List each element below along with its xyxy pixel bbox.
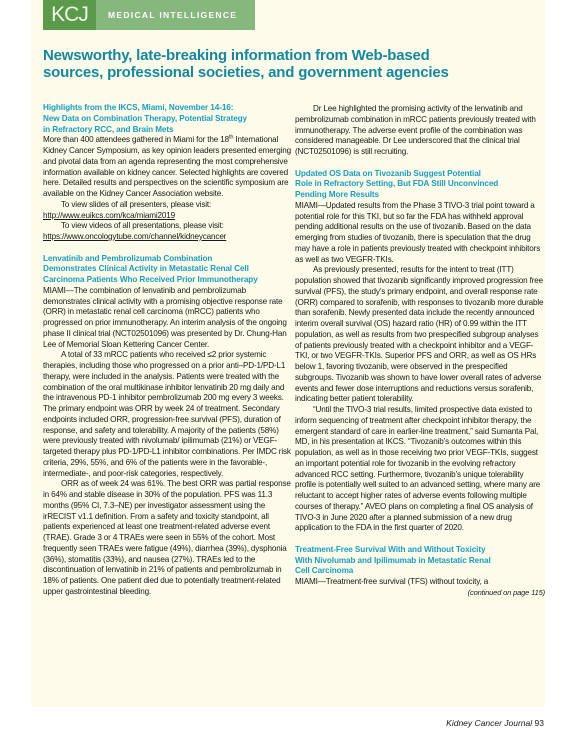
videos-prompt: To view videos of all presentations, ple…: [43, 221, 293, 232]
headline-line: Treatment-Free Survival With and Without…: [295, 545, 545, 556]
article-paragraph: As previously presented, results for the…: [295, 265, 545, 405]
journal-name: Kidney Cancer Journal: [446, 718, 532, 728]
section-masthead: KCJ MEDICAL INTELLIGENCE: [43, 0, 255, 30]
article-paragraph: More than 400 attendees gathered in Miam…: [43, 135, 293, 200]
spacer: [43, 243, 293, 254]
headline-line: Updated OS Data on Tivozanib Suggest Pot…: [295, 169, 545, 180]
slides-prompt: To view slides of all presenters, please…: [43, 200, 293, 211]
paragraph-text: More than 400 attendees gathered in Miam…: [43, 135, 229, 144]
kcj-logo: KCJ: [43, 0, 96, 30]
page-footer: Kidney Cancer Journal 93: [446, 718, 544, 728]
videos-link[interactable]: https://www.oncologytube.com/channel/kid…: [43, 232, 293, 243]
headline-line: With Nivolumab and Ipilimumab in Metasta…: [295, 556, 545, 567]
article-headline-lenvatinib: Lenvatinib and Pembrolizumab Combination…: [43, 254, 293, 286]
article-paragraph: MIAMI—Updated results from the Phase 3 T…: [295, 201, 545, 266]
article-headline-treatment-free-survival: Treatment-Free Survival With and Without…: [295, 545, 545, 577]
headline-line: Highlights from the IKCS, Miami, Novembe…: [43, 103, 293, 114]
page-number: 93: [535, 718, 544, 728]
continued-note: (continued on page 115): [295, 588, 545, 599]
article-paragraph: A total of 33 mRCC patients who received…: [43, 350, 293, 479]
article-headline-tivozanib: Updated OS Data on Tivozanib Suggest Pot…: [295, 169, 545, 201]
headline-line: New Data on Combination Therapy, Potenti…: [43, 114, 293, 125]
spacer: [295, 534, 545, 545]
section-label: MEDICAL INTELLIGENCE: [108, 10, 237, 20]
spacer: [295, 158, 545, 169]
article-paragraph: “Until the TIVO-3 trial results, limited…: [295, 405, 545, 534]
page-title: Newsworthy, late-breaking information fr…: [43, 47, 543, 81]
headline-line: Lenvatinib and Pembrolizumab Combination: [43, 254, 293, 265]
headline-line: Demonstrates Clinical Activity in Metast…: [43, 264, 293, 275]
article-paragraph: MIAMI—The combination of lenvatinib and …: [43, 286, 293, 351]
article-paragraph: MIAMI—Treatment-free survival (TFS) with…: [295, 577, 545, 588]
article-paragraph: Dr Lee highlighted the promising activit…: [295, 104, 545, 158]
page-title-line-1: Newsworthy, late-breaking information fr…: [43, 47, 543, 64]
slides-link[interactable]: http://www.euikcs.com/kca/miami2019: [43, 211, 293, 222]
article-headline-ikcs-highlights: Highlights from the IKCS, Miami, Novembe…: [43, 103, 293, 135]
headline-line: Carcinoma Patients Who Received Prior Im…: [43, 275, 293, 286]
left-column: Highlights from the IKCS, Miami, Novembe…: [43, 103, 293, 598]
page-title-line-2: sources, professional societies, and gov…: [43, 64, 543, 81]
headline-line: in Refractory RCC, and Brain Mets: [43, 125, 293, 136]
right-column: Dr Lee highlighted the promising activit…: [295, 104, 545, 599]
headline-line: Cell Carcinoma: [295, 566, 545, 577]
headline-line: Role in Refractory Setting, But FDA Stil…: [295, 179, 545, 190]
article-paragraph: ORR as of week 24 was 61%. The best ORR …: [43, 479, 293, 597]
paragraph-text: International Kidney Cancer Symposium, a…: [43, 135, 291, 198]
headline-line: Pending More Results: [295, 190, 545, 201]
